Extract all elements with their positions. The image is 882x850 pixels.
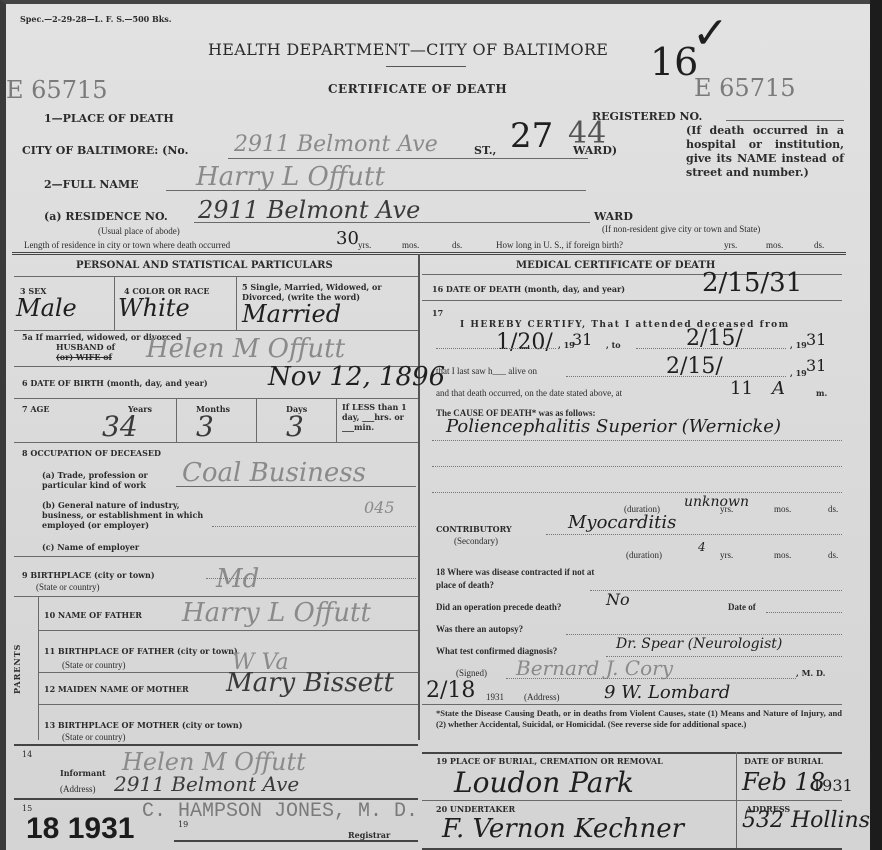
row-line [14,398,418,399]
informant-label: Informant [60,768,106,778]
footnote: *State the Disease Causing Death, or in … [436,708,842,730]
mos-label: mos. [402,240,419,250]
registered-label: REGISTERED NO. [592,110,702,123]
trade-label: (a) Trade, profession or particular kind… [42,470,172,490]
age-months[interactable]: 3 [196,410,214,443]
m-label: m. [816,388,827,398]
contributory-label: CONTRIBUTORY [436,524,512,534]
spouse-label-3: (or) WIFE of [56,352,112,362]
row-line [422,704,842,705]
department-title: HEALTH DEPARTMENT—CITY OF BALTIMORE [208,40,608,59]
residence-ward-label: WARD [594,210,633,223]
birthplace-value[interactable]: Md [216,564,259,594]
duration-value-2[interactable]: 4 [698,540,706,554]
residence-sublabel: (Usual place of abode) [98,226,180,236]
informant-address-value[interactable]: 2911 Belmont Ave [114,772,299,796]
registrar-label: Registrar [348,830,390,840]
less-than-label: If LESS than 1 day, ___hrs. or ___min. [342,402,418,432]
parents-divider [38,596,39,740]
occupation-label: 8 OCCUPATION OF DECEASED [22,448,161,458]
cause-line-2 [432,466,842,467]
yrs-label: yrs. [358,240,371,250]
city-label: CITY OF BALTIMORE: (No. [22,144,188,157]
duration-yrs-2: yrs. [720,550,733,560]
last-saw-year[interactable]: 31 [806,356,826,375]
attended-from[interactable]: 1/20/ [496,330,553,355]
dob-value[interactable]: Nov 12, 1896 [268,362,445,392]
marital-value[interactable]: Married [242,300,341,328]
signed-label: (Signed) [456,668,487,678]
registrar-line [174,840,418,842]
top-section-divider [12,252,846,255]
header-divider [386,66,466,67]
checkmark-icon: ✓ [692,8,729,59]
dod-label: 16 DATE OF DEATH (month, day, and year) [432,284,625,294]
autopsy-label: Was there an autopsy? [436,624,523,634]
attended-to-line [636,348,786,349]
spouse-value[interactable]: Helen M Offutt [146,334,345,364]
attended-from-line [436,348,556,349]
row-line [14,330,418,331]
race-divider [236,276,237,330]
row-line [422,300,842,301]
age-divider [256,398,257,442]
death-time-label: and that death occurred, on the date sta… [436,388,622,398]
signed-line [506,678,796,679]
personal-title-line [14,276,418,277]
cert-number-right: E 65715 [694,74,796,102]
duration-mos-1: mos. [774,504,791,514]
mos-label-2: mos. [766,240,783,250]
father-label: 10 NAME OF FATHER [44,610,142,620]
full-name-line [166,190,586,191]
duration-ds-2: ds. [828,550,838,560]
duration-value-1[interactable]: unknown [684,494,749,510]
length-residence-years[interactable]: 30 [336,228,359,249]
certificate-title: CERTIFICATE OF DEATH [328,82,507,96]
industry-code[interactable]: 045 [364,498,395,517]
death-ampm[interactable]: A [772,378,785,399]
num-19: 19 [178,820,188,829]
place-address[interactable]: 2911 Belmont Ave [234,132,438,157]
cause-line-3 [432,492,842,493]
ward-number[interactable]: 27 [510,116,553,156]
to-label: , to [606,340,621,350]
filed-date-stamp: 18 1931 [26,812,134,846]
yrs-label-2: yrs. [724,240,737,250]
st-label: ST., [474,144,496,157]
undertaker-address-value[interactable]: 532 Hollins [742,808,870,833]
burial-date-label: DATE OF BURIAL [744,756,823,766]
sign-date[interactable]: 2/18 [426,678,475,703]
center-divider [418,254,420,740]
sex-divider [114,276,115,330]
contributory-value[interactable]: Myocarditis [568,512,676,533]
scan-edge [870,0,882,850]
burial-year[interactable]: 1931 [812,776,853,795]
marital-label: 5 Single, Married, Widowed, or Divorced,… [242,282,418,302]
contributory-line [546,534,842,535]
burial-place-value[interactable]: Loudon Park [454,766,634,799]
birthplace-sublabel: (State or country) [36,582,99,592]
sign-year: 1931 [486,692,504,702]
year-prefix-2: , 19 [790,340,807,350]
employer-label: (c) Name of employer [42,542,139,552]
place-of-death-label: 1—PLACE OF DEATH [44,112,174,125]
operation-label: Did an operation precede death? [436,602,561,612]
medical-address-label: (Address) [524,692,560,702]
medical-section-title: MEDICAL CERTIFICATE OF DEATH [516,260,715,271]
hospital-note: (If death occurred in a hospital or inst… [686,124,844,180]
year-prefix-3: , 19 [790,368,807,378]
duration-label-2: (duration) [626,550,662,560]
father-birthplace-sublabel: (State or country) [62,660,125,670]
place-address-line [228,158,588,159]
age-label: 7 AGE [22,404,50,414]
row-line [422,800,842,801]
age-divider [176,398,177,442]
foreign-birth-label: How long in U. S., if foreign birth? [496,240,623,250]
duration-ds-1: ds. [828,504,838,514]
birthplace-label: 9 BIRTHPLACE (city or town) [22,570,155,580]
date-of-label: Date of [728,602,756,612]
last-saw-line [566,376,786,377]
num-17: 17 [432,308,443,318]
row-line [38,630,418,631]
medical-address-value[interactable]: 9 W. Lombard [604,682,730,703]
row-line [14,442,418,443]
test-label: What test confirmed diagnosis? [436,646,557,656]
spouse-label-2: HUSBAND of [56,342,115,352]
dob-label: 6 DATE OF BIRTH (month, day, and year) [22,378,208,388]
father-birthplace-label: 11 BIRTHPLACE OF FATHER (city or town) [44,646,238,656]
last-saw-label: that I last saw h___ alive on [436,366,537,376]
residence-value[interactable]: 2911 Belmont Ave [198,196,420,224]
ds-label: ds. [452,240,462,250]
row-line [14,556,418,557]
row-line [14,744,418,746]
ds-label-2: ds. [814,240,824,250]
trade-value[interactable]: Coal Business [182,458,366,488]
row-line [422,752,842,754]
md-label: , M. D. [796,668,825,678]
full-name-label: 2—FULL NAME [44,178,139,191]
mother-birthplace-label: 13 BIRTHPLACE OF MOTHER (city or town) [44,720,243,730]
duration-yrs-1: yrs. [720,504,733,514]
birthplace-line [206,578,416,579]
residence-label: (a) RESIDENCE NO. [44,210,168,223]
spec-line: Spec.—2-29-28—L. F. S.—500 Bks. [20,14,172,24]
undertaker-label: 20 UNDERTAKER [436,804,515,814]
registered-line [726,120,844,121]
where-contracted-label: 18 Where was disease contracted if not a… [436,566,606,592]
date-of-line [766,612,842,613]
signed-value[interactable]: Bernard J. Cory [516,656,673,680]
registered-number[interactable]: 44 [568,116,606,151]
length-residence-label: Length of residence in city or town wher… [24,240,230,250]
dod-value[interactable]: 2/15/31 [702,268,802,298]
row-line [14,596,418,597]
parents-label: PARENTS [12,644,22,694]
row-line [38,704,418,705]
death-hour[interactable]: 11 [730,378,753,399]
test-value[interactable]: Dr. Spear (Neurologist) [616,636,782,652]
undertaker-value[interactable]: F. Vernon Kechner [442,814,684,844]
cause-value[interactable]: Poliencephalitis Superior (Wernicke) [446,416,781,437]
year-to[interactable]: 31 [806,330,826,349]
industry-line [212,526,416,527]
death-certificate: Spec.—2-29-28—L. F. S.—500 Bks. HEALTH D… [0,0,870,850]
residence-line [194,222,590,223]
burial-place-label: 19 PLACE OF BURIAL, CREMATION OR REMOVAL [436,756,686,766]
burial-divider [736,752,737,850]
year-from[interactable]: 31 [572,330,592,349]
operation-value[interactable]: No [606,590,630,609]
trade-line [176,486,416,487]
cause-line [432,440,842,441]
duration-mos-2: mos. [774,550,791,560]
sex-value[interactable]: Male [16,294,77,322]
autopsy-line [566,634,842,635]
mother-birthplace-sublabel: (State or country) [62,732,125,742]
full-name-value[interactable]: Harry L Offutt [196,162,385,192]
informant-number: 14 [22,750,32,759]
age-years[interactable]: 34 [102,410,138,443]
informant-address-label: (Address) [60,784,96,794]
secondary-label: (Secondary) [454,536,498,546]
mother-value[interactable]: Mary Bissett [226,668,394,698]
race-value[interactable]: White [118,294,190,322]
personal-section-title: PERSONAL AND STATISTICAL PARTICULARS [76,260,333,271]
industry-label: (b) General nature of industry, business… [42,500,212,530]
age-days[interactable]: 3 [286,410,304,443]
age-divider [336,398,337,442]
father-value[interactable]: Harry L Offutt [182,598,371,628]
cert-number-left: E 65715 [6,76,108,104]
nonresident-note: (If non-resident give city or town and S… [602,224,760,234]
mother-label: 12 MAIDEN NAME OF MOTHER [44,684,189,694]
